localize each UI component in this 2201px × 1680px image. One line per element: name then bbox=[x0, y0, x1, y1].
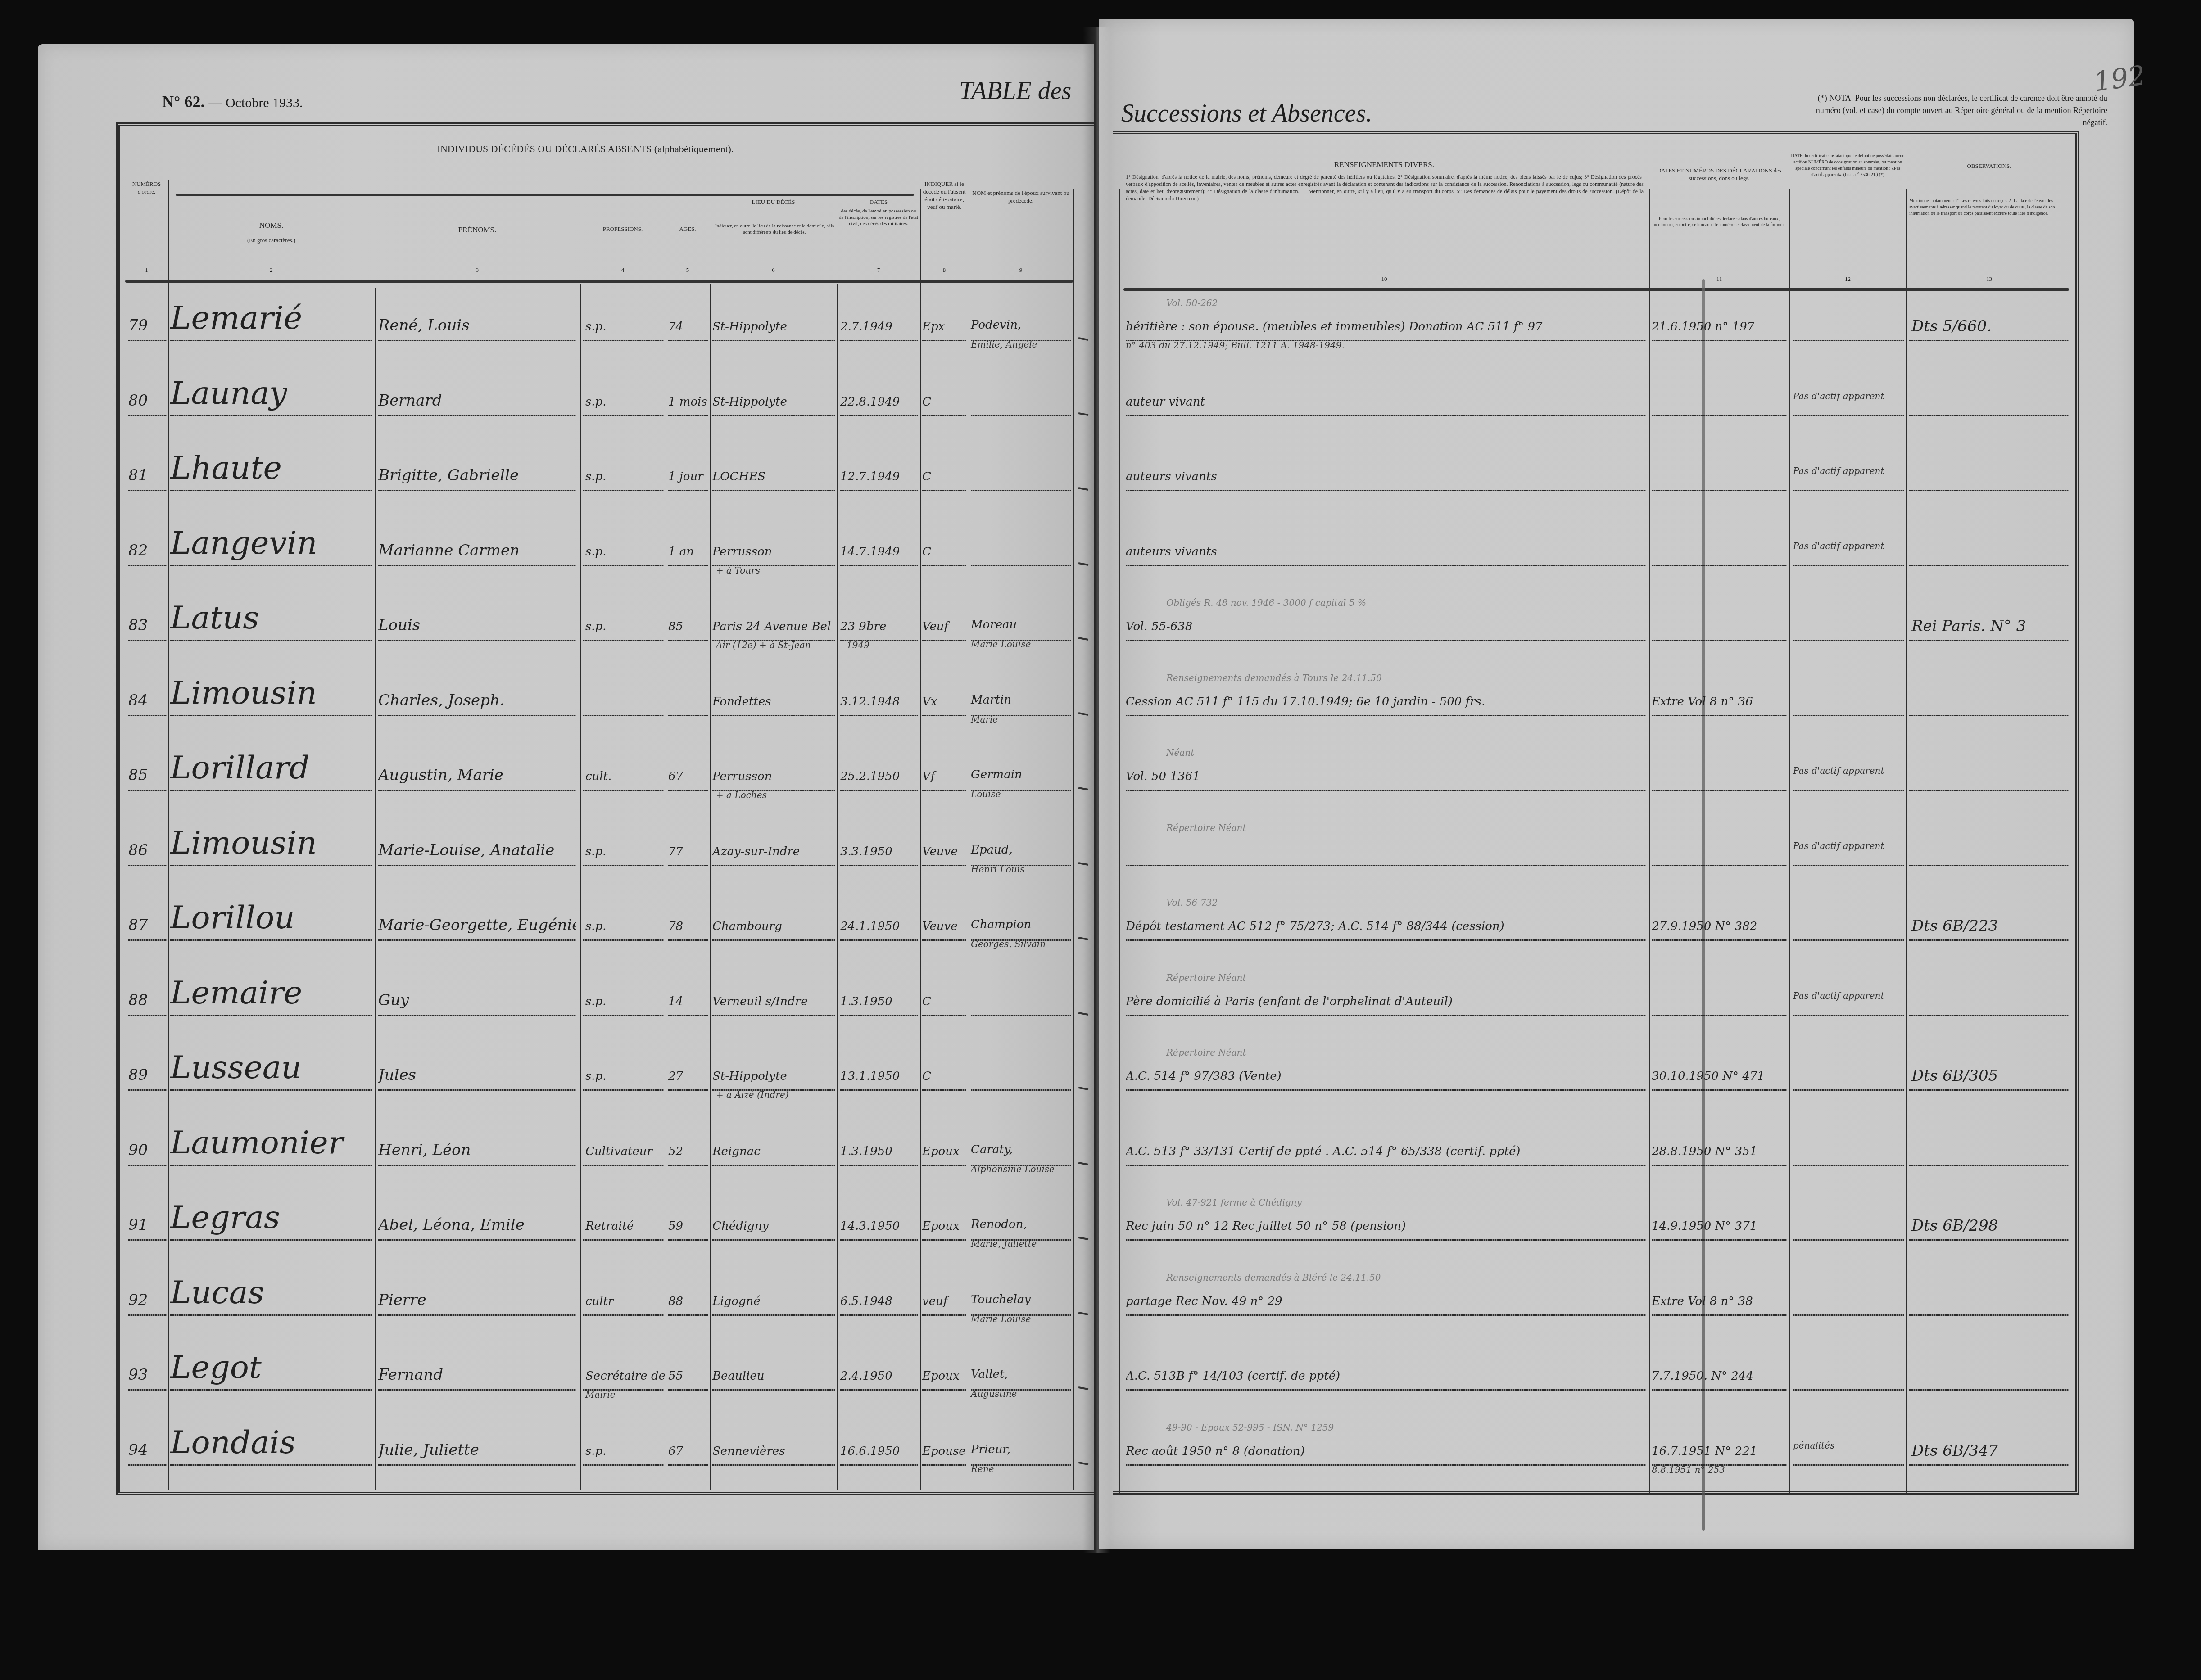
profession: s.p. bbox=[585, 1445, 607, 1458]
entry-rule bbox=[1909, 1089, 2069, 1091]
profession: s.p. bbox=[585, 545, 607, 559]
death-date: 6.5.1948 bbox=[840, 1295, 892, 1308]
given-names: Abel, Léona, Emile bbox=[378, 1216, 525, 1234]
death-place-cont: Air (12e) + à St-Jean bbox=[716, 640, 811, 650]
entry-rule bbox=[922, 865, 966, 866]
table-row: 86LimousinMarie-Louise, Anatalies.p.77Az… bbox=[0, 820, 2201, 887]
age: 1 mois bbox=[668, 395, 707, 409]
entry-rule bbox=[1652, 565, 1787, 566]
entry-rule bbox=[712, 640, 835, 641]
entry-rule bbox=[1652, 1089, 1787, 1091]
entry-rule bbox=[922, 490, 966, 491]
information: A.C. 513B f° 14/103 (certif. de ppté) bbox=[1126, 1369, 1340, 1383]
entry-rule bbox=[128, 1239, 167, 1241]
age: 67 bbox=[668, 770, 683, 783]
cross-page-tick bbox=[1078, 862, 1088, 866]
entry-rule bbox=[1909, 1239, 2069, 1241]
title-right: Successions et Absences. bbox=[1121, 99, 1372, 128]
row-number: 93 bbox=[128, 1366, 148, 1384]
entry-rule bbox=[128, 790, 167, 791]
given-names: Henri, Léon bbox=[378, 1141, 471, 1159]
entry-rule bbox=[922, 1089, 966, 1091]
entry-rule bbox=[378, 1015, 576, 1016]
profession: s.p. bbox=[585, 920, 607, 933]
given-names: Marie-Louise, Anatalie bbox=[378, 841, 554, 859]
col-6-header: LIEU DU DÉCÈS bbox=[711, 198, 835, 206]
cross-page-tick bbox=[1078, 1237, 1088, 1240]
entry-rule bbox=[922, 1389, 966, 1391]
profession: cult. bbox=[585, 770, 611, 783]
cross-page-tick bbox=[1078, 1012, 1088, 1016]
margin-note: 49-90 - Epoux 52-995 - ISN. N° 1259 bbox=[1166, 1422, 1334, 1433]
entry-rule bbox=[922, 790, 966, 791]
given-names: Fernand bbox=[378, 1366, 443, 1384]
death-date: 25.2.1950 bbox=[840, 770, 900, 783]
entry-rule bbox=[1793, 939, 1904, 941]
marital-status: Veuve bbox=[922, 845, 958, 858]
certificate: pénalités bbox=[1793, 1440, 1834, 1451]
given-names: Augustin, Marie bbox=[378, 766, 503, 784]
death-place-cont: + à Tours bbox=[716, 565, 760, 576]
given-names: Marianne Carmen bbox=[378, 542, 520, 560]
entry-rule bbox=[170, 340, 372, 341]
entry-rule bbox=[128, 939, 167, 941]
entry-rule bbox=[378, 1464, 576, 1466]
entry-rule bbox=[971, 640, 1071, 641]
table-row: 83LatusLouiss.p.85Paris 24 Avenue BelAir… bbox=[0, 595, 2201, 662]
surname: Londais bbox=[170, 1424, 296, 1461]
surname: Latus bbox=[170, 599, 259, 636]
spouse-name: Epaud, bbox=[971, 843, 1013, 857]
entry-rule bbox=[971, 1314, 1071, 1316]
table-row: 80LaunayBernards.p.1 moisSt-Hippolyte22.… bbox=[0, 370, 2201, 438]
margin-note: Vol. 47-921 ferme à Chédigny bbox=[1166, 1197, 1302, 1208]
entry-rule bbox=[712, 790, 835, 791]
col-number: 9 bbox=[969, 266, 1073, 274]
col-number: 7 bbox=[837, 266, 920, 274]
death-place: Verneuil s/Indre bbox=[712, 995, 808, 1008]
margin-note: Vol. 56-732 bbox=[1166, 897, 1218, 908]
margin-note: Vol. 50-262 bbox=[1166, 298, 1218, 308]
death-place: Paris 24 Avenue Bel bbox=[712, 620, 831, 633]
entry-rule bbox=[1909, 640, 2069, 641]
declaration-date-number: 30.10.1950 N° 471 bbox=[1652, 1070, 1765, 1083]
observations: Dts 6B/305 bbox=[1911, 1067, 1998, 1085]
surname: Limousin bbox=[170, 674, 317, 711]
observations: Dts 6B/298 bbox=[1911, 1217, 1998, 1235]
entry-rule bbox=[1909, 1165, 2069, 1166]
entry-rule bbox=[668, 565, 708, 566]
col-number: 4 bbox=[580, 266, 666, 274]
surname: Langevin bbox=[170, 524, 317, 561]
entry-rule bbox=[583, 715, 664, 716]
spouse-name: Vallet, bbox=[971, 1368, 1008, 1381]
margin-note: Répertoire Néant bbox=[1166, 972, 1246, 983]
observations: Dts 6B/223 bbox=[1911, 917, 1998, 935]
spouse-name: Moreau bbox=[971, 618, 1017, 632]
death-place-cont: + à Loches bbox=[716, 790, 767, 800]
entry-rule bbox=[1909, 490, 2069, 491]
cross-page-tick bbox=[1078, 1386, 1088, 1390]
entry-rule bbox=[1652, 1314, 1787, 1316]
marital-status: Epoux bbox=[922, 1369, 960, 1383]
entry-rule bbox=[922, 1464, 966, 1466]
entry-rule bbox=[712, 939, 835, 941]
surname: Lorillou bbox=[170, 899, 294, 936]
entry-rule bbox=[1652, 640, 1787, 641]
death-place: LOCHES bbox=[712, 470, 765, 483]
entry-rule bbox=[1909, 1015, 2069, 1016]
table-row: 91LegrasAbel, Léona, EmileRetraité59Chéd… bbox=[0, 1194, 2201, 1262]
death-date: 3.12.1948 bbox=[840, 695, 900, 709]
age: 67 bbox=[668, 1445, 683, 1458]
profession-cont: Mairie bbox=[585, 1389, 616, 1400]
age: 1 an bbox=[668, 545, 694, 559]
cross-page-tick bbox=[1078, 712, 1088, 716]
entry-rule bbox=[378, 340, 576, 341]
cross-page-tick bbox=[1078, 1162, 1088, 1165]
death-place: Chambourg bbox=[712, 920, 782, 933]
entry-rule bbox=[712, 1165, 835, 1166]
entry-rule bbox=[1126, 490, 1646, 491]
observations: Dts 5/660. bbox=[1911, 317, 1992, 335]
entry-rule bbox=[583, 1389, 664, 1391]
row-number: 80 bbox=[128, 392, 148, 410]
entry-rule bbox=[971, 790, 1071, 791]
entry-rule bbox=[840, 1165, 918, 1166]
death-place: Ligogné bbox=[712, 1295, 761, 1308]
entry-rule bbox=[583, 1165, 664, 1166]
entry-rule bbox=[971, 1165, 1071, 1166]
register-number: N° 62. — Octobre 1933. bbox=[162, 92, 303, 111]
entry-rule bbox=[971, 1389, 1071, 1391]
death-date: 24.1.1950 bbox=[840, 920, 900, 933]
spouse-name: Germain bbox=[971, 768, 1022, 781]
cross-page-tick bbox=[1078, 1087, 1088, 1090]
surname: Lucas bbox=[170, 1274, 264, 1311]
row-number: 87 bbox=[128, 916, 148, 934]
entry-rule bbox=[128, 1314, 167, 1316]
entry-rule bbox=[971, 939, 1071, 941]
entry-rule bbox=[378, 1389, 576, 1391]
entry-rule bbox=[668, 1165, 708, 1166]
entry-rule bbox=[971, 715, 1071, 716]
table-row: 92LucasPierrecultr88Ligogné6.5.1948veufT… bbox=[0, 1269, 2201, 1337]
entry-rule bbox=[170, 1165, 372, 1166]
entry-rule bbox=[840, 1389, 918, 1391]
entry-rule bbox=[1909, 340, 2069, 341]
death-date: 23 9bre bbox=[840, 620, 886, 633]
death-date: 16.6.1950 bbox=[840, 1445, 900, 1458]
entry-rule bbox=[128, 1015, 167, 1016]
entry-rule bbox=[583, 340, 664, 341]
marital-status: Veuve bbox=[922, 920, 958, 933]
declaration-date-number: 14.9.1950 N° 371 bbox=[1652, 1219, 1757, 1233]
entry-rule bbox=[1793, 1165, 1904, 1166]
entry-rule bbox=[378, 939, 576, 941]
row-number: 82 bbox=[128, 542, 148, 560]
entry-rule bbox=[1793, 1089, 1904, 1091]
entry-rule bbox=[1909, 790, 2069, 791]
death-date: 2.4.1950 bbox=[840, 1369, 892, 1383]
entry-rule bbox=[840, 865, 918, 866]
table-row: 81LhauteBrigitte, Gabrielles.p.1 jourLOC… bbox=[0, 445, 2201, 512]
table-row: 88LemaireGuys.p.14Verneuil s/Indre1.3.19… bbox=[0, 970, 2201, 1037]
cross-page-tick bbox=[1078, 337, 1088, 341]
entry-rule bbox=[1793, 415, 1904, 416]
death-date-cont: 1949 bbox=[847, 640, 870, 650]
entry-rule bbox=[170, 1389, 372, 1391]
profession: s.p. bbox=[585, 620, 607, 633]
entry-rule bbox=[583, 1314, 664, 1316]
entry-rule bbox=[1793, 565, 1904, 566]
entry-rule bbox=[128, 1089, 167, 1091]
profession: s.p. bbox=[585, 995, 607, 1008]
entry-rule bbox=[1793, 790, 1904, 791]
spouse-name: Prieur, bbox=[971, 1443, 1010, 1456]
entry-rule bbox=[128, 565, 167, 566]
entry-rule bbox=[971, 415, 1071, 416]
surname: Lhaute bbox=[170, 449, 282, 486]
table-row: 93LegotFernandSecrétaire deMairie55Beaul… bbox=[0, 1344, 2201, 1412]
entry-rule bbox=[971, 865, 1071, 866]
col-number: 1 bbox=[125, 266, 168, 274]
entry-rule bbox=[922, 1165, 966, 1166]
entry-rule bbox=[583, 640, 664, 641]
entry-rule bbox=[378, 865, 576, 866]
entry-rule bbox=[1652, 1165, 1787, 1166]
col-number: 10 bbox=[1119, 275, 1649, 283]
declaration-date-number: 7.7.1950. N° 244 bbox=[1652, 1369, 1753, 1383]
col-13-sub: Mentionner notamment : 1° Les renvois fa… bbox=[1909, 198, 2069, 217]
entry-rule bbox=[378, 715, 576, 716]
death-place-cont: + à Aizé (Indre) bbox=[716, 1089, 789, 1100]
death-place: Sennevières bbox=[712, 1445, 785, 1458]
col-number: 13 bbox=[1906, 275, 2072, 283]
entry-rule bbox=[922, 640, 966, 641]
row-number: 92 bbox=[128, 1291, 148, 1309]
entry-rule bbox=[1793, 1389, 1904, 1391]
table-row: 87LorillouMarie-Georgette, Eugénies.p.78… bbox=[0, 894, 2201, 962]
marital-status: Epoux bbox=[922, 1219, 960, 1233]
death-place: St-Hippolyte bbox=[712, 1070, 787, 1083]
entry-rule bbox=[668, 1464, 708, 1466]
age: 59 bbox=[668, 1219, 683, 1233]
entry-rule bbox=[583, 1089, 664, 1091]
entry-rule bbox=[128, 1464, 167, 1466]
col-10-sub: 1° Désignation, d'après la notice de la … bbox=[1126, 173, 1644, 202]
col-number: 3 bbox=[375, 266, 580, 274]
entry-rule bbox=[378, 790, 576, 791]
profession: s.p. bbox=[585, 845, 607, 858]
col-2-sub: (En gros caractères.) bbox=[168, 236, 375, 244]
given-names: Guy bbox=[378, 991, 409, 1009]
death-place: Reignac bbox=[712, 1145, 761, 1158]
entry-rule bbox=[583, 1015, 664, 1016]
entry-rule bbox=[583, 490, 664, 491]
marital-status: Veuf bbox=[922, 620, 948, 633]
entry-rule bbox=[1652, 415, 1787, 416]
age: 78 bbox=[668, 920, 683, 933]
entry-rule bbox=[1909, 565, 2069, 566]
death-place: St-Hippolyte bbox=[712, 320, 787, 334]
marital-status: C bbox=[922, 470, 931, 483]
surname: Laumonier bbox=[170, 1124, 343, 1161]
entry-rule bbox=[668, 640, 708, 641]
certificate: Pas d'actif apparent bbox=[1793, 465, 1884, 476]
entry-rule bbox=[840, 490, 918, 491]
entry-rule bbox=[1652, 1239, 1787, 1241]
entry-rule bbox=[170, 939, 372, 941]
entry-rule bbox=[128, 1389, 167, 1391]
age: 52 bbox=[668, 1145, 683, 1158]
entry-rule bbox=[1126, 340, 1646, 341]
entry-rule bbox=[712, 490, 835, 491]
entry-rule bbox=[170, 1464, 372, 1466]
entry-rule bbox=[1652, 340, 1787, 341]
entry-rule bbox=[128, 1165, 167, 1166]
given-names: Jules bbox=[378, 1066, 416, 1084]
entry-rule bbox=[170, 1314, 372, 1316]
entry-rule bbox=[1909, 715, 2069, 716]
entry-rule bbox=[128, 490, 167, 491]
entry-rule bbox=[1126, 1464, 1646, 1466]
entry-rule bbox=[170, 1239, 372, 1241]
entry-rule bbox=[668, 415, 708, 416]
entry-rule bbox=[1793, 340, 1904, 341]
age: 88 bbox=[668, 1295, 683, 1308]
margin-note: Obligés R. 48 nov. 1946 - 3000 f capital… bbox=[1166, 597, 1366, 608]
entry-rule bbox=[840, 1314, 918, 1316]
col-6-sub: Indiquer, en outre, le lieu de la naissa… bbox=[714, 223, 835, 235]
certificate: Pas d'actif apparent bbox=[1793, 765, 1884, 776]
death-date: 14.3.1950 bbox=[840, 1219, 900, 1233]
information: partage Rec Nov. 49 n° 29 bbox=[1126, 1295, 1282, 1308]
entry-rule bbox=[583, 790, 664, 791]
row-number: 79 bbox=[128, 316, 148, 334]
entry-rule bbox=[1126, 1389, 1646, 1391]
death-date: 12.7.1949 bbox=[840, 470, 900, 483]
title-left: TABLE des bbox=[959, 77, 1071, 105]
observations: Rei Paris. N° 3 bbox=[1911, 617, 2026, 635]
entry-rule bbox=[922, 340, 966, 341]
death-place: Beaulieu bbox=[712, 1369, 765, 1383]
row-number: 88 bbox=[128, 991, 148, 1009]
entry-rule bbox=[1126, 715, 1646, 716]
surname: Limousin bbox=[170, 824, 317, 861]
profession: s.p. bbox=[585, 395, 607, 409]
register-date: — Octobre 1933. bbox=[208, 95, 303, 110]
declaration-date-number: Extre Vol 8 n° 38 bbox=[1652, 1295, 1753, 1308]
entry-rule bbox=[668, 1389, 708, 1391]
profession: Cultivateur bbox=[585, 1145, 652, 1158]
entry-rule bbox=[922, 415, 966, 416]
cross-page-tick bbox=[1078, 637, 1088, 641]
entry-rule bbox=[712, 1089, 835, 1091]
spouse-name: Champion bbox=[971, 918, 1031, 931]
marital-status: veuf bbox=[922, 1295, 947, 1308]
entry-rule bbox=[1652, 939, 1787, 941]
surname: Legras bbox=[170, 1199, 280, 1236]
entry-rule bbox=[1652, 1464, 1787, 1466]
entry-rule bbox=[668, 340, 708, 341]
spouse-name: Renodon, bbox=[971, 1218, 1027, 1231]
entry-rule bbox=[170, 715, 372, 716]
given-names: Louis bbox=[378, 616, 420, 634]
entry-rule bbox=[840, 565, 918, 566]
group-heading: INDIVIDUS DÉCÉDÉS OU DÉCLARÉS ABSENTS (a… bbox=[270, 144, 901, 154]
given-names: René, Louis bbox=[378, 316, 470, 334]
information: auteur vivant bbox=[1126, 395, 1205, 409]
entry-rule bbox=[1909, 1389, 2069, 1391]
cross-page-tick bbox=[1078, 562, 1088, 566]
col-12-header: DATE du certificat constatant que le déf… bbox=[1790, 153, 1905, 178]
row-number: 94 bbox=[128, 1441, 148, 1459]
information: Dépôt testament AC 512 f° 75/273; A.C. 5… bbox=[1126, 920, 1504, 933]
entry-rule bbox=[128, 340, 167, 341]
col-2-header: NOMS. bbox=[168, 221, 375, 230]
entry-rule bbox=[1126, 939, 1646, 941]
entry-rule bbox=[712, 415, 835, 416]
entry-rule bbox=[712, 715, 835, 716]
information: Rec juin 50 n° 12 Rec juillet 50 n° 58 (… bbox=[1126, 1219, 1406, 1233]
marital-status: C bbox=[922, 995, 931, 1008]
death-place: Azay-sur-Indre bbox=[712, 845, 800, 858]
certificate: Pas d'actif apparent bbox=[1793, 990, 1884, 1001]
entry-rule bbox=[378, 1089, 576, 1091]
entry-rule bbox=[1909, 1314, 2069, 1316]
entry-rule bbox=[668, 1239, 708, 1241]
information: Vol. 55-638 bbox=[1126, 620, 1192, 633]
entry-rule bbox=[840, 340, 918, 341]
entry-rule bbox=[128, 415, 167, 416]
entry-rule bbox=[971, 1239, 1071, 1241]
spouse-name: Caraty, bbox=[971, 1143, 1013, 1156]
entry-rule bbox=[1126, 790, 1646, 791]
col-4-header: PROFESSIONS. bbox=[580, 225, 666, 233]
surname: Lemarié bbox=[170, 299, 302, 336]
spouse-name: Touchelay bbox=[971, 1293, 1031, 1306]
col-number: 12 bbox=[1789, 275, 1906, 283]
information: Père domicilié à Paris (enfant de l'orph… bbox=[1126, 995, 1453, 1008]
header-brace bbox=[176, 194, 914, 196]
row-number: 81 bbox=[128, 466, 148, 484]
death-date: 2.7.1949 bbox=[840, 320, 892, 334]
entry-rule bbox=[668, 490, 708, 491]
age: 74 bbox=[668, 320, 683, 334]
given-names: Bernard bbox=[378, 392, 442, 410]
entry-rule bbox=[1793, 1464, 1904, 1466]
col-number: 11 bbox=[1649, 275, 1789, 283]
age: 77 bbox=[668, 845, 683, 858]
death-place: Chédigny bbox=[712, 1219, 769, 1233]
entry-rule bbox=[840, 1239, 918, 1241]
entry-rule bbox=[170, 490, 372, 491]
entry-rule bbox=[170, 415, 372, 416]
entry-rule bbox=[668, 1089, 708, 1091]
nota-footnote: (*) NOTA. Pour les successions non décla… bbox=[1792, 92, 2107, 129]
entry-rule bbox=[840, 790, 918, 791]
age: 27 bbox=[668, 1070, 683, 1083]
col-7-sub: des décès, de l'envoi en possession ou d… bbox=[838, 208, 919, 227]
entry-rule bbox=[922, 939, 966, 941]
entry-rule bbox=[378, 1165, 576, 1166]
given-names: Marie-Georgette, Eugénie bbox=[378, 916, 576, 934]
entry-rule bbox=[1126, 1239, 1646, 1241]
entry-rule bbox=[1909, 1464, 2069, 1466]
age: 85 bbox=[668, 620, 683, 633]
declaration-date-number: 16.7.1951 N° 221 bbox=[1652, 1445, 1757, 1458]
